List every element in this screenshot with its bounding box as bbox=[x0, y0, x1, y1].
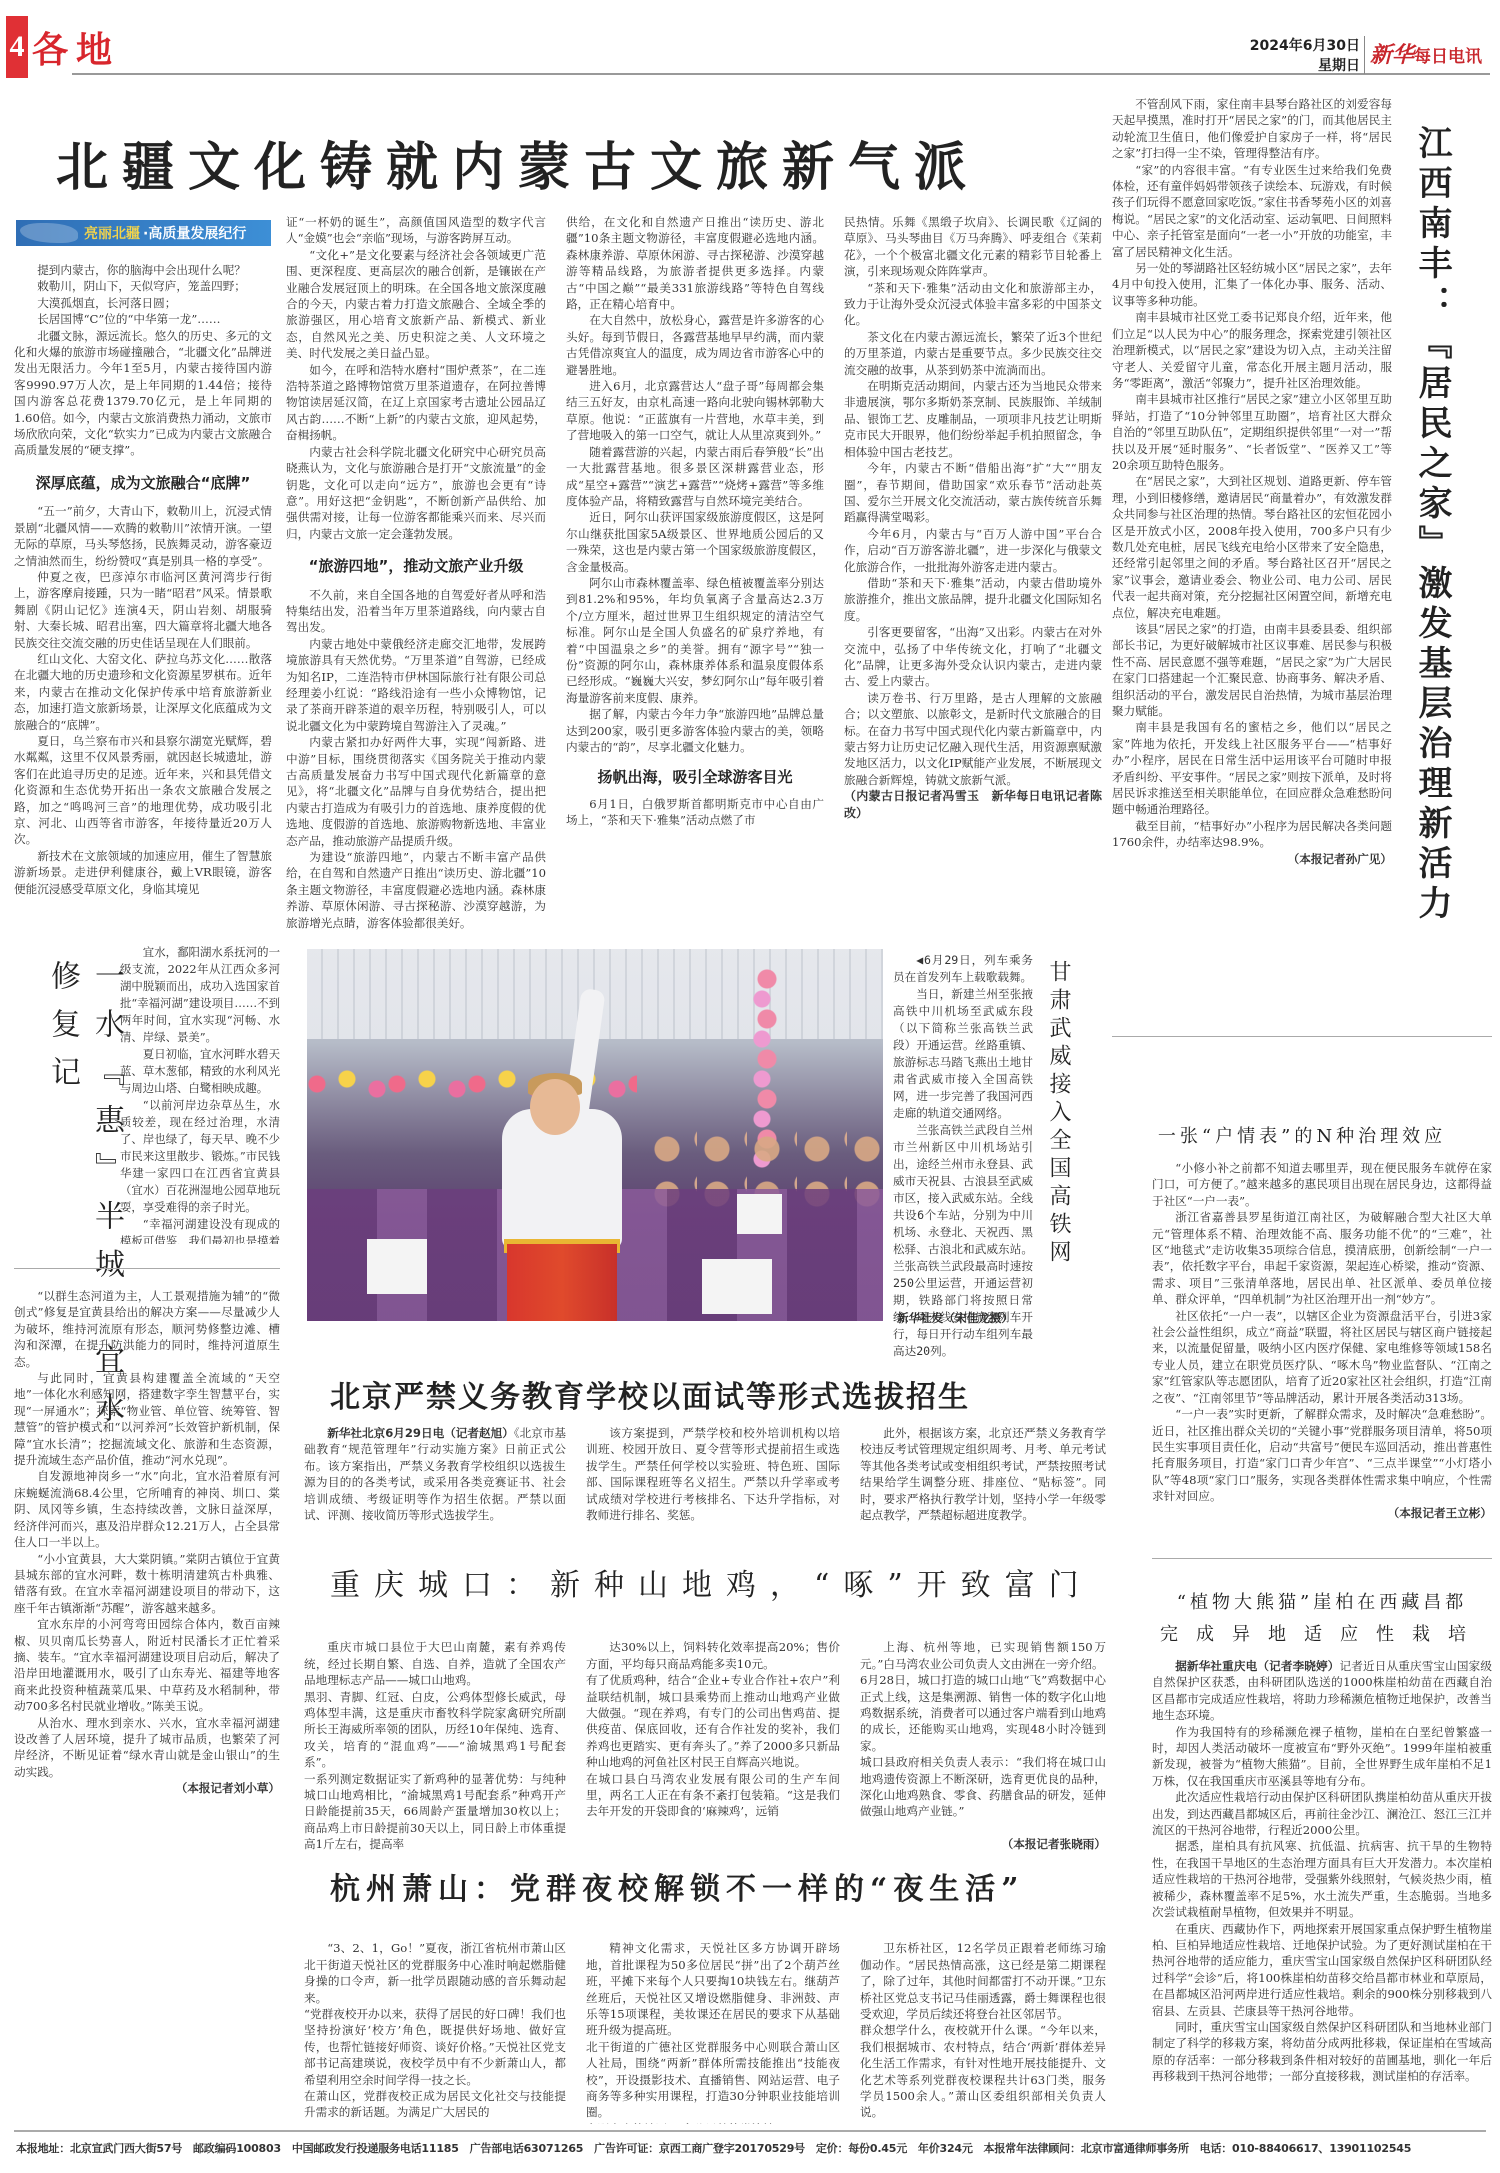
column-divider bbox=[1152, 1558, 1492, 1559]
photo-credit: 新华社发（宋佳龙摄） bbox=[897, 1310, 1013, 1326]
paragraph: 夏日，乌兰察布市兴和县察尔湖宽光赋辉，碧水粼粼，这里不仅风景秀丽，就因赵长城遗址… bbox=[14, 733, 272, 848]
paragraph: 截至目前，“桔事好办”小程序为居民解决各类问题1760余件，办结率达98.9%。 bbox=[1112, 818, 1392, 851]
footer-legal-counsel: 本报常年法律顾问：北京市富通律师事务所 bbox=[984, 2142, 1189, 2155]
lead-column-2: 证“一杯奶的诞生”，高颜值国风造型的数字代言人“金嫫”也会“亲临”现场，与游客跨… bbox=[286, 214, 546, 934]
paragraph: 从治水、理水到亲水、兴水，宜水幸福河湖建设改善了人居环境，提升了城市品质，也繁荣… bbox=[14, 1715, 280, 1781]
column-divider bbox=[14, 1268, 280, 1269]
beijing-headline: 北京严禁义务教育学校以面试等形式选拔招生 bbox=[330, 1372, 970, 1416]
subhead-2: “旅游四地”，推动文旅产业升级 bbox=[286, 558, 546, 574]
column-divider bbox=[1112, 1036, 1492, 1037]
subhead-1: 深厚底蕴，成为文旅融合“底牌” bbox=[14, 475, 272, 491]
huqing-byline: （本报记者王立彬） bbox=[1152, 1505, 1492, 1521]
newspaper-masthead: 新华每日电讯 bbox=[1370, 38, 1482, 69]
paragraph: 引客更要留客，“出海”又出彩。内蒙古在对外交流中，弘扬了中华传统文化，打响了“北… bbox=[844, 624, 1102, 690]
footer-price: 定价：每份0.45元 bbox=[816, 2142, 907, 2155]
beijing-dateline: 新华社北京6月29日电（记者赵旭） bbox=[327, 1426, 514, 1440]
date-text: 2024年6月30日 bbox=[1250, 36, 1360, 56]
chongqing-headline: 重庆城口：新种山地鸡，“啄”开致富门 bbox=[330, 1560, 1093, 1604]
paragraph: 进入6月，北京露营达人“盘子哥”每周都会集结三五好友，由京札高速一路向北驶向锡林… bbox=[566, 378, 824, 444]
footer-phone: 电话：010-88406617、13901102545 bbox=[1200, 2142, 1412, 2155]
footer-address: 本报地址：北京宣武门西大街57号 bbox=[16, 2142, 182, 2155]
paragraph: 另一处的琴湖路社区轻纺城小区“居民之家”，去年4月中旬投入使用，汇集了一体化办事… bbox=[1112, 260, 1392, 309]
paragraph: 随着露营游的兴起，内蒙古雨后春笋般“长”出一大批露营基地。很多景区深耕露营业态，… bbox=[566, 444, 824, 510]
intro-paragraph: 北疆文脉，源远流长。悠久的历史、多元的文化和火爆的旅游市场碰撞融合，“北疆文化”… bbox=[14, 328, 272, 459]
cypress-story-body: 据新华社重庆电（记者李晓婷）记者近日从重庆雪宝山国家级自然保护区获悉，由科研团队… bbox=[1152, 1658, 1492, 2118]
nanfeng-vertical-headline: 江西南丰：『居民之家』激发基层治理新活力 bbox=[1408, 125, 1457, 1025]
paragraph: 与此同时，宜黄县构建覆盖全流域的“天空地”一体化水利感知网，搭建数字孪生智慧平台… bbox=[14, 1370, 280, 1468]
paragraph: 供给，在文化和自然遗产日推出“读历史、游北疆”10条主题文物游径，丰富度假避必选… bbox=[566, 214, 824, 312]
chongqing-column-3: 上海、杭州等地，已实现销售额150万元。”白马湾农业公司负责人文由洲在一旁介绍。… bbox=[860, 1623, 1106, 1869]
paragraph: 社区依托“一户一表”，以辖区企业为资源盘活平台，引进3家社会公益性组织，成立“商… bbox=[1152, 1308, 1492, 1406]
beijing-column-3: 此外，根据该方案，北京还严禁义务教育学校违反考试管理规定组织周考、月考、单元考试… bbox=[860, 1425, 1106, 1523]
cypress-headline-line2: 完成异地适应性栽培 bbox=[1152, 1620, 1492, 1646]
paragraph: 借助“茶和天下·雅集”活动，内蒙古借助境外旅游推介，推出文旅品牌，提升北疆文化国… bbox=[844, 575, 1102, 624]
lead-column-1: 提到内蒙古，你的脑海中会出现什么呢？ 敕勒川，阴山下，天似穹庐，笼盖四野； 大漠… bbox=[14, 262, 272, 897]
section-title: 各地 bbox=[32, 22, 120, 73]
page-number-badge: 4 bbox=[6, 16, 28, 78]
chongqing-byline: （本报记者张晓雨） bbox=[860, 1836, 1106, 1852]
series-banner-text: ·高质量发展纪行 bbox=[143, 223, 246, 243]
paragraph: 阿尔山市森林覆盖率、绿色植被覆盖率分别达到81.2%和95%，年均负氧离子含量高… bbox=[566, 575, 824, 706]
huqing-story-body: “小修小补之前都不知道去哪里弄，现在便民服务车就停在家门口，可方便了。”越来越多… bbox=[1152, 1160, 1492, 1550]
caption-paragraph: 当日，新建兰州至张掖高铁中川机场至武威东段（以下简称兰张高铁兰武段）开通运营。丝… bbox=[893, 986, 1033, 1122]
intro-line: 提到内蒙古，你的脑海中会出现什么呢？ bbox=[14, 262, 272, 278]
paragraph: 宜水，鄱阳湖水系抚河的一级支流，2022年从江西众多河湖中脱颖而出，成功入选国家… bbox=[120, 944, 280, 1046]
paragraph: 南丰县城市社区党工委书记郑良介绍，近年来，他们立足“以人民为中心”的服务理念，探… bbox=[1112, 309, 1392, 391]
footer-ad-phone: 广告部电话63071265 bbox=[470, 2142, 584, 2155]
paragraph: “家”的内容很丰富。“有专业医生过来给我们免费体检，还有童伴妈妈带领孩子读绘本、… bbox=[1112, 162, 1392, 260]
weekday-text: 星期日 bbox=[1250, 56, 1360, 76]
hangzhou-headline: 杭州萧山：党群夜校解锁不一样的“夜生活” bbox=[330, 1864, 1025, 1908]
hangzhou-column-1: “3、2、1，Go！”夏夜，浙江省杭州市萧山区北干街道天悦社区的党群服务中心准时… bbox=[304, 1924, 566, 2124]
cypress-dateline: 据新华社重庆电（记者李晓婷） bbox=[1175, 1659, 1339, 1673]
paragraph: 内蒙古社会科学院北疆文化研究中心研究员高晓燕认为，文化与旅游融合是打开“文旅流量… bbox=[286, 444, 546, 542]
intro-line: 大漠孤烟直，长河落日圆； bbox=[14, 295, 272, 311]
paragraph: 在大自然中，放松身心，露营是许多游客的心头好。每到节假日，各露营基地早早约满，而… bbox=[566, 312, 824, 378]
photo-train-dancer bbox=[307, 949, 883, 1321]
intro-line: 敕勒川，阴山下，天似穹庐，笼盖四野； bbox=[14, 278, 272, 294]
nanfeng-story-body: 不管刮风下雨，家住南丰县琴台路社区的刘爱容每天起早摸黑，准时打开“居民之家”的门… bbox=[1112, 96, 1392, 1026]
yishui-story-bottom: “以群生态河道为主，人工景观措施为辅”的“微创式”修复是宜黄县给出的解决方案——… bbox=[14, 1288, 280, 2118]
series-banner: 亮丽北疆 ·高质量发展纪行 bbox=[16, 220, 271, 246]
paragraph: 茶文化在内蒙古源远流长，繁荣了近3个世纪的万里茶道，内蒙古是重要节点。多少民族交… bbox=[844, 329, 1102, 378]
yishui-story-top: 宜水，鄱阳湖水系抚河的一级支流，2022年从江西众多河湖中脱颖而出，成功入选国家… bbox=[120, 944, 280, 1244]
paragraph: 证“一杯奶的诞生”，高颜值国风造型的数字代言人“金嫫”也会“亲临”现场，与游客跨… bbox=[286, 214, 546, 247]
dancer-figure bbox=[492, 989, 632, 1321]
paragraph: 6月1日，白俄罗斯首都明斯克市中心自由广场上，“茶和天下·雅集”活动点燃了市 bbox=[566, 796, 824, 829]
paragraph: 不管刮风下雨，家住南丰县琴台路社区的刘爱容每天起早摸黑，准时打开“居民之家”的门… bbox=[1112, 96, 1392, 162]
footer-postcode: 邮政编码100803 bbox=[193, 2142, 281, 2155]
lead-headline: 北疆文化铸就内蒙古文旅新气派 bbox=[56, 125, 980, 200]
paragraph: 在“居民之家”，大到社区规划、道路更新、停车管理，小到旧楼修缮，邀请居民“商量着… bbox=[1112, 473, 1392, 621]
paragraph: 此次适应性栽培行动由保护区科研团队携崖柏幼苗从重庆开拔出发，到达西藏昌都城区后，… bbox=[1152, 1789, 1492, 1838]
paragraph: 不久前，来自全国各地的自驾爱好者从呼和浩特集结出发，沿着当年万里茶道路线，向内蒙… bbox=[286, 587, 546, 636]
chongqing-column-2: 达30%以上，饲料转化效率提高20%；售价方面，平均每只商品鸡能多卖10元。 有… bbox=[586, 1623, 840, 1836]
paragraph: 同时，重庆雪宝山国家级自然保护区科研团队和当地林业部门制定了科学的移栽方案，将幼… bbox=[1152, 2019, 1492, 2085]
footer-divider bbox=[14, 2130, 1486, 2132]
beijing-column-1: 新华社北京6月29日电（记者赵旭）《北京市基础教育“规范管理年”行动实施方案》日… bbox=[304, 1425, 566, 1523]
paragraph: 自发源地神岗乡一“水”向北，宜水沿着原有河床蜿蜒流淌68.4公里，它所哺育的神岗… bbox=[14, 1468, 280, 1550]
lead-column-3: 供给，在文化和自然遗产日推出“读历史、游北疆”10条主题文物游径，丰富度假避必选… bbox=[566, 214, 824, 934]
paragraph: 在重庆、西藏协作下，两地探索开展国家重点保护野生植物崖柏、巨柏异地适应性栽培、迁… bbox=[1152, 1921, 1492, 2019]
paragraph: 红山文化、大窑文化、萨拉乌苏文化……散落在北疆大地的历史遗珍和文化资源星罗棋布。… bbox=[14, 651, 272, 733]
caption-pointer-icon: ◀ bbox=[916, 953, 924, 967]
yishui-byline: （本报记者刘小草） bbox=[14, 1780, 280, 1796]
photo-vertical-headline: 甘肃武威接入全国高铁网 bbox=[1043, 960, 1074, 1330]
issue-date: 2024年6月30日 星期日 bbox=[1250, 36, 1360, 76]
paragraph: “小小宜黄县，大大棠阴镇。”棠阴古镇位于宜黄县城东部的宜水河畔，数十栋明清建筑古… bbox=[14, 1551, 280, 1617]
paragraph: “幸福河湖建设没有现成的模板可借鉴，我们最初也是摸着石头过河。”宜黄县水利局党组… bbox=[120, 1216, 280, 1244]
paragraph: 今年，内蒙古不断“借船出海”扩“大”“朋友圈”，春节期间，借助国家“欢乐春节”活… bbox=[844, 460, 1102, 526]
masthead-script: 新华 bbox=[1370, 42, 1414, 68]
paragraph: 民热情。乐舞《黑缎子坎肩》、长调民歌《辽阔的草原》、马头琴曲目《万马奔腾》、呼麦… bbox=[844, 214, 1102, 280]
paragraph: 如今，在呼和浩特水磨村“围炉煮茶”，在二连浩特茶道之路博物馆赏万里茶道遗存，在阿… bbox=[286, 362, 546, 444]
map-outline-icon bbox=[20, 223, 78, 243]
footer-annual-price: 年价324元 bbox=[918, 2142, 973, 2155]
hangzhou-column-2: 精神文化需求，天悦社区多方协调开辟场地，首批课程为50多位居民“拼”出了2个葫芦… bbox=[586, 1924, 840, 2124]
paragraph: 据了解，内蒙古今年力争“旅游四地”品牌总量达到200家，吸引更多游客体验内蒙古的… bbox=[566, 706, 824, 755]
footer-post-service: 中国邮政发行投递服务电话11185 bbox=[292, 2142, 459, 2155]
intro-line: 长居国博“C”位的“中华第一龙”…… bbox=[14, 311, 272, 327]
subhead-3: 扬帆出海，吸引全球游客目光 bbox=[566, 769, 824, 785]
masthead-divider bbox=[1364, 36, 1365, 74]
paragraph: 读万卷书、行万里路，是古人理解的文旅融合；以文塑旅、以旅彰文，是新时代文旅融合的… bbox=[844, 690, 1102, 788]
paragraph: 新技术在文旅领域的加速应用，催生了智慧旅游新场景。走进伊利健康谷，戴上VR眼镜，… bbox=[14, 848, 272, 897]
paragraph: 为建设“旅游四地”，内蒙古不断丰富产品供给，在自驾和自然遗产日推出“读历史、游北… bbox=[286, 849, 546, 931]
paragraph: “茶和天下·雅集”活动由文化和旅游部主办，致力于让海外受众沉浸式体验丰富多彩的中… bbox=[844, 280, 1102, 329]
footer-info: 本报地址：北京宣武门西大街57号 邮政编码100803 中国邮政发行投递服务电话… bbox=[16, 2140, 1486, 2156]
paragraph: “文化+”是文化要素与经济社会各领域更广范围、更深程度、更高层次的融合创新，是镶… bbox=[286, 247, 546, 362]
paragraph: 浙江省嘉善县罗星街道江南社区，为破解融合型大社区大单元“管理体系不精、治理效能不… bbox=[1152, 1209, 1492, 1307]
lead-byline: （内蒙古日报记者冯雪玉 新华每日电讯记者陈改） bbox=[844, 788, 1102, 821]
footer-ad-license: 广告许可证：京西工商广登字20170529号 bbox=[594, 2142, 805, 2155]
photo-caption: ◀6月29日，列车乘务员在首发列车上载歌载舞。 当日，新建兰州至张掖高铁中川机场… bbox=[893, 952, 1033, 1360]
cypress-headline-line1: “植物大熊猫”崖柏在西藏昌都 bbox=[1152, 1588, 1492, 1614]
paragraph: 近日，阿尔山获评国家级旅游度假区，这是阿尔山继获批国家5A级景区、世界地质公园后… bbox=[566, 509, 824, 575]
series-banner-accent: 亮丽北疆 bbox=[84, 223, 140, 243]
paragraph: 在明斯克活动期间，内蒙古还为当地民众带来非遗展演，鄂尔多斯奶茶烹制、民族服饰、羊… bbox=[844, 378, 1102, 460]
huqing-headline: 一张“户情表”的N种治理效应 bbox=[1112, 1122, 1492, 1148]
paragraph: 仲夏之夜，巴彦淖尔市临河区黄河湾步行街上，游客摩肩接踵，只为一睹“昭君”风采。情… bbox=[14, 569, 272, 651]
paragraph: 宜水东岸的小河弯弯田园综合体内，数百亩辣椒、贝贝南瓜长势喜人，附近村民潘长才正忙… bbox=[14, 1616, 280, 1714]
nanfeng-byline: （本报记者孙广见） bbox=[1112, 851, 1392, 867]
paragraph: 内蒙古地处中蒙俄经济走廊交汇地带，发展跨境旅游具有天然优势。“万里茶道”自驾游，… bbox=[286, 636, 546, 734]
beijing-column-2: 该方案提到，严禁学校和校外培训机构以培训班、校园开放日、夏令营等形式提前招生或选… bbox=[586, 1425, 840, 1523]
paragraph: “以前河岸边杂草丛生，水质较差，现在经过治理，水清了、岸也绿了，每天早、晚不少市… bbox=[120, 1097, 280, 1216]
paragraph: 南丰县城市社区推行“居民之家”建立小区邻里互助驿站，打造了“10分钟邻里互助圈”… bbox=[1112, 391, 1392, 473]
masthead-text: 每日电讯 bbox=[1414, 47, 1482, 67]
paragraph: 南丰县是我国有名的蜜桔之乡，他们以“居民之家”阵地为依托，开发线上社区服务平台—… bbox=[1112, 719, 1392, 817]
paragraph: 该县“居民之家”的打造，由南丰县委县委、组织部部长书记，为更好破解城市社区议事难… bbox=[1112, 621, 1392, 719]
paragraph: 内蒙古紧扣办好两件大事，实现“闯新路、进中游”目标，围绕贯彻落实《国务院关于推动… bbox=[286, 734, 546, 849]
paragraph: 今年6月，内蒙古与“百万人游中国”平台合作，启动“百万游客游北疆”，进一步深化与… bbox=[844, 526, 1102, 575]
paragraph: 据悉，崖柏具有抗风寒、抗低温、抗病害、抗干旱的生物特性，在我国干旱地区的生态治理… bbox=[1152, 1838, 1492, 1920]
paragraph: “五一”前夕，大青山下，敕勒川上，沉浸式情景剧“北疆风情——欢腾的敕勒川”浓情开… bbox=[14, 503, 272, 569]
paragraph: “小修小补之前都不知道去哪里弄，现在便民服务车就停在家门口，可方便了。”越来越多… bbox=[1152, 1160, 1492, 1209]
hangzhou-column-3: 卫东桥社区，12名学员正跟着老师练习瑜伽动作。“居民热情高涨，这已经是第二期课程… bbox=[860, 1924, 1106, 2124]
paragraph: “一户一表”实时更新，了解群众需求，及时解决“急难愁盼”。近日，社区推出群众关切… bbox=[1152, 1406, 1492, 1504]
paragraph: 夏日初临，宜水河畔水碧天蓝、草木葱郁，精致的水利风光与周边山塔、白鹭相映成趣。 bbox=[120, 1046, 280, 1097]
paragraph: “以群生态河道为主，人工景观措施为辅”的“微创式”修复是宜黄县给出的解决方案——… bbox=[14, 1288, 280, 1370]
paragraph: 作为我国特有的珍稀濒危裸子植物，崖柏在白垩纪曾繁盛一时，却因人类活动破坏一度被宣… bbox=[1152, 1724, 1492, 1790]
lead-column-4: 民热情。乐舞《黑缎子坎肩》、长调民歌《辽阔的草原》、马头琴曲目《万马奔腾》、呼麦… bbox=[844, 214, 1102, 934]
chongqing-column-1: 重庆市城口县位于大巴山南麓，素有养鸡传统，经过长期自繁、自选、自养，造就了全国农… bbox=[304, 1623, 566, 1869]
